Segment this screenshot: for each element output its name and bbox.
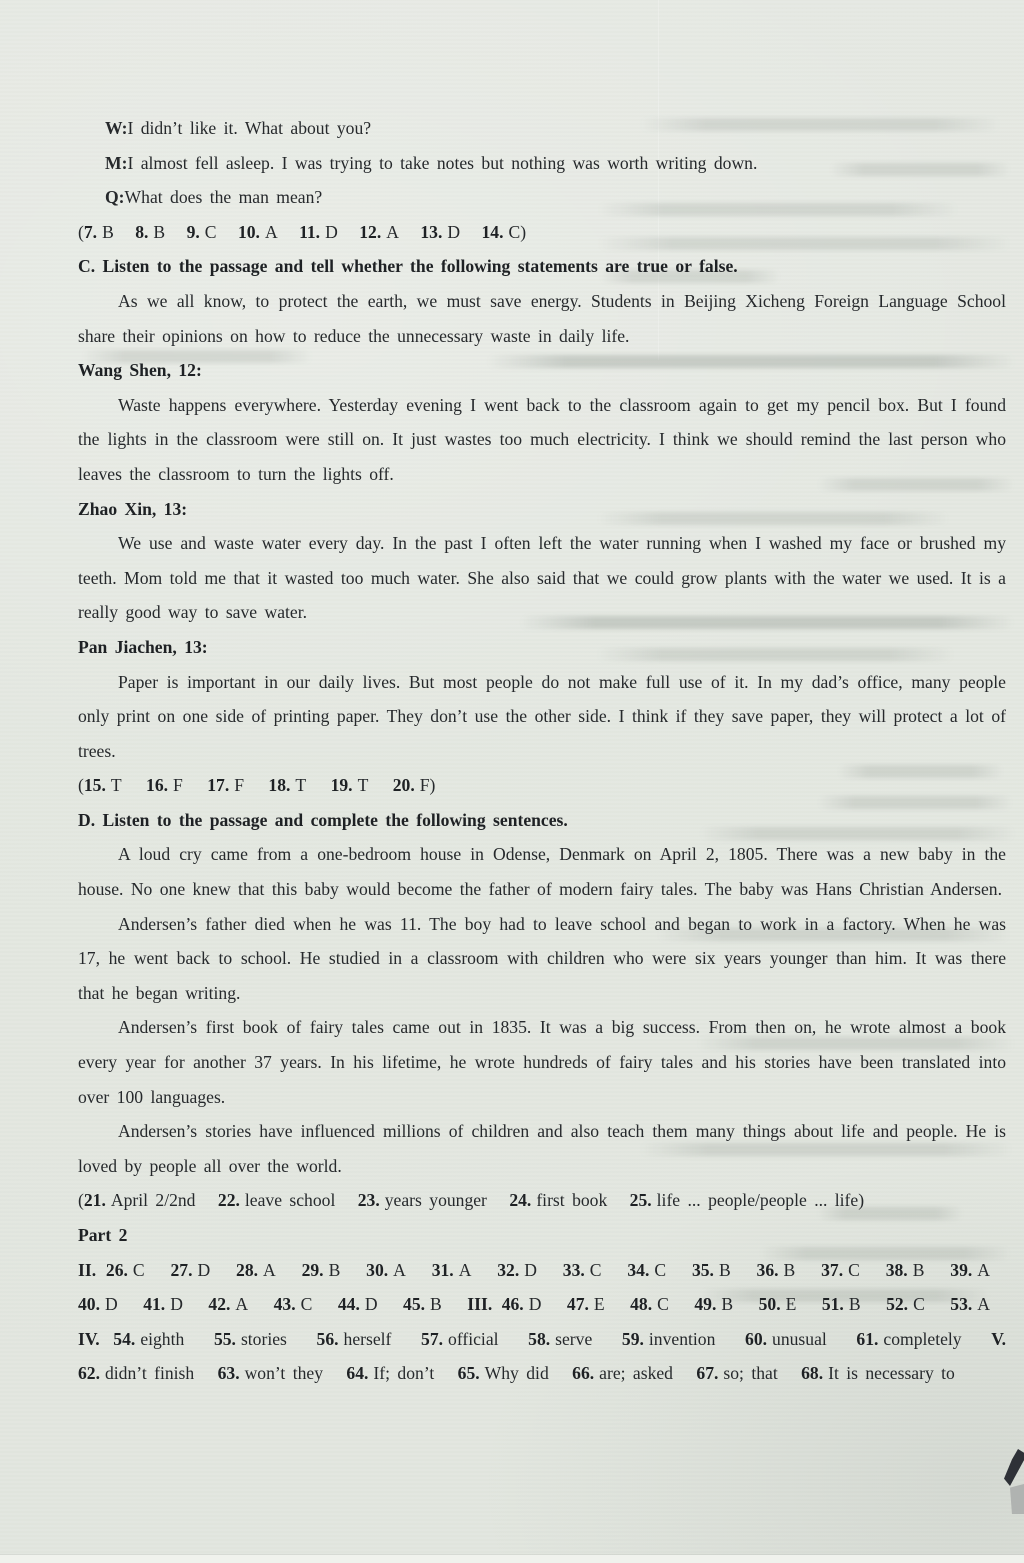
answer-number: 60. [745,1329,767,1349]
answer-number: 25. [630,1190,652,1210]
answer-value: A [263,1260,276,1280]
speaker-paragraph: We use and waste water every day. In the… [78,526,1006,630]
part2-heading: Part 2 [78,1218,1006,1253]
answer-value: B [721,1294,733,1314]
answer-pair: 41.D [143,1294,199,1314]
answer-number: 53. [950,1294,972,1314]
answer-value: B [102,222,114,242]
answer-pair: II. 26.C [78,1260,161,1280]
answer-pair: 64.If; don’t [346,1363,450,1383]
answer-value: Why did [485,1363,549,1383]
answer-number: 59. [622,1329,644,1349]
answer-number: 21. [84,1190,106,1210]
answer-value: A [459,1260,472,1280]
answer-value: E [594,1294,605,1314]
answer-number: 8. [135,222,148,242]
answer-value: so; that [723,1363,777,1383]
dialogue-text: What does the man mean? [125,187,323,207]
answer-pair: 39.A [950,1260,1006,1280]
answer-value: herself [344,1329,392,1349]
speaker-label: M: [105,153,127,173]
answer-number: 61. [856,1329,878,1349]
speaker-heading: Wang Shen, 12: [78,353,1006,388]
answer-number: 17. [207,775,229,795]
answer-pair: 28.A [236,1260,292,1280]
speaker-heading: Pan Jiachen, 13: [78,630,1006,665]
answer-pair: 27.D [170,1260,226,1280]
answer-number: 52. [886,1294,908,1314]
answer-value: years younger [385,1190,487,1210]
answer-value: B [784,1260,796,1280]
passage-paragraph: Andersen’s father died when he was 11. T… [78,907,1006,1011]
close-paren: ) [858,1190,864,1210]
scanned-answer-page: W:I didn’t like it. What about you? M:I … [0,0,1024,1563]
answer-number: 49. [694,1294,716,1314]
answer-pair: 63.won’t they [218,1363,339,1383]
answer-pair: 65.Why did [458,1363,565,1383]
answer-number: 44. [338,1294,360,1314]
answer-number: 13. [420,222,442,242]
answer-run-21-25: (21.April 2/2nd 22.leave school 23.years… [78,1183,1006,1218]
answer-pair: 55.stories [214,1329,303,1349]
answer-number: 18. [268,775,290,795]
answer-value: F [420,775,430,795]
answer-value: first book [536,1190,607,1210]
answer-pair: 42.A [208,1294,264,1314]
answer-number: 56. [317,1329,339,1349]
answer-number: 29. [302,1260,324,1280]
speaker-label: W: [105,118,127,138]
answer-number: 57. [421,1329,443,1349]
answer-number: 12. [359,222,381,242]
answer-value: D [170,1294,183,1314]
answer-number: 42. [208,1294,230,1314]
answer-pair: 23.years younger [358,1190,502,1210]
answer-value: D [447,222,460,242]
answer-value: B [849,1294,861,1314]
answer-number: 39. [950,1260,972,1280]
speaker-paragraph: Waste happens everywhere. Yesterday even… [78,388,1006,492]
passage-paragraph: A loud cry came from a one-bedroom house… [78,837,1006,906]
answer-pair: 21.April 2/2nd [84,1190,211,1210]
answer-pair: 12.A [359,222,413,242]
answer-number: 30. [366,1260,388,1280]
answer-pair: 7.B [84,222,128,242]
text-column: W:I didn’t like it. What about you? M:I … [78,111,1006,1391]
answer-number: II. 26. [78,1260,128,1280]
answer-run-15-20: (15.T 16.F 17.F 18.T 19.T 20.F) [78,768,1006,803]
dialogue-text: I didn’t like it. What about you? [127,118,371,138]
answer-value: If; don’t [373,1363,434,1383]
answer-value: B [913,1260,925,1280]
answer-number: 24. [509,1190,531,1210]
answer-number: 45. [403,1294,425,1314]
section-c-intro: As we all know, to protect the earth, we… [78,284,1006,353]
answer-value: C [133,1260,145,1280]
dialogue-block: W:I didn’t like it. What about you? M:I … [78,111,1006,215]
close-paren: ) [520,222,526,242]
answer-value: T [111,775,122,795]
speaker-label: Q: [105,187,125,207]
answer-value: C [205,222,217,242]
answer-pair: 19.T [331,775,386,795]
answer-number: 37. [821,1260,843,1280]
answer-value: B [329,1260,341,1280]
answer-number: 9. [187,222,200,242]
answer-value: April 2/2nd [111,1190,196,1210]
answer-number: 15. [84,775,106,795]
answer-pairs: 15.T 16.F 17.F 18.T 19.T 20.F [84,775,430,795]
answer-number: 50. [759,1294,781,1314]
speaker-paragraph: Paper is important in our daily lives. B… [78,665,1006,769]
answer-pair: 53.A [950,1294,1006,1314]
answer-value: C [654,1260,666,1280]
answer-pair: 18.T [268,775,323,795]
answer-number: 66. [572,1363,594,1383]
answer-pair: 50.E [759,1294,813,1314]
answer-value: completely [883,1329,961,1349]
answer-value: unusual [772,1329,827,1349]
answer-number: 35. [692,1260,714,1280]
answer-number: 28. [236,1260,258,1280]
answer-pair: 17.F [207,775,261,795]
answer-number: III. 46. [467,1294,523,1314]
answer-number: 36. [757,1260,779,1280]
answer-pair: 15.T [84,775,139,795]
answer-value: won’t they [245,1363,323,1383]
answer-number: 41. [143,1294,165,1314]
answer-value: A [265,222,278,242]
answer-pair: 33.C [563,1260,618,1280]
answer-pair: 16.F [146,775,200,795]
answer-value: D [524,1260,537,1280]
page-bottom-edge [0,1555,1024,1563]
answer-value: invention [649,1329,715,1349]
answer-pair: 60.unusual [745,1329,843,1349]
answer-pair: 22.leave school [218,1190,350,1210]
answer-pair: 8.B [135,222,179,242]
answer-pair: 13.D [420,222,474,242]
answer-pair: 37.C [821,1260,876,1280]
answer-value: C [508,222,520,242]
answer-value: C [848,1260,860,1280]
answer-pair: 44.D [338,1294,394,1314]
answer-value: D [529,1294,542,1314]
answer-value: official [448,1329,498,1349]
answer-pair: 11.D [299,222,352,242]
answer-number: 40. [78,1294,100,1314]
answer-pairs: II. 26.C 27.D 28.A 29.B 30.A 31.A 32.D 3… [78,1260,1006,1384]
answer-number: 33. [563,1260,585,1280]
answer-value: A [977,1260,990,1280]
answer-value: leave school [245,1190,335,1210]
answer-number: 32. [497,1260,519,1280]
answer-value: B [430,1294,442,1314]
answer-pair: 24.first book [509,1190,622,1210]
close-paren: ) [430,775,436,795]
section-d-passage: A loud cry came from a one-bedroom house… [78,837,1006,1183]
answer-pairs: 7.B 8.B 9.C 10.A 11.D 12.A 13.D 14.C [84,222,520,242]
answer-number: 63. [218,1363,240,1383]
answer-value: life ... people/people ... life [657,1190,859,1210]
dialogue-text: I almost fell asleep. I was trying to ta… [127,153,757,173]
answer-number: 64. [346,1363,368,1383]
answer-pair: 14.C [481,222,520,242]
answer-number: 67. [696,1363,718,1383]
page-corner-artifact-gray [1010,1484,1024,1514]
answer-pair: 31.A [432,1260,488,1280]
answer-value: stories [241,1329,287,1349]
answer-pair: III. 46.D [467,1294,557,1314]
answer-number: 47. [567,1294,589,1314]
answer-pair: 36.B [757,1260,812,1280]
speaker-heading: Zhao Xin, 13: [78,492,1006,527]
answer-pair: IV. 54.eighth [78,1329,200,1349]
answer-number: 48. [630,1294,652,1314]
answer-pair: 61.completely [856,1329,977,1349]
answer-value: A [393,1260,406,1280]
answer-pair: 67.so; that [696,1363,793,1383]
answer-number: 20. [393,775,415,795]
answer-number: 11. [299,222,320,242]
answer-pair: 47.E [567,1294,621,1314]
answer-value: didn’t finish [105,1363,194,1383]
answer-value: C [913,1294,925,1314]
answer-pair: 9.C [187,222,231,242]
answer-value: A [977,1294,990,1314]
answer-pair: 51.B [822,1294,877,1314]
answer-number: 31. [432,1260,454,1280]
answer-pair: 66.are; asked [572,1363,689,1383]
answer-value: D [197,1260,210,1280]
answer-run-26-68: II. 26.C 27.D 28.A 29.B 30.A 31.A 32.D 3… [78,1253,1006,1391]
answer-number: 19. [331,775,353,795]
answer-pair: 20.F [393,775,430,795]
answer-number: 16. [146,775,168,795]
answer-pair: 56.herself [317,1329,408,1349]
answer-value: F [234,775,244,795]
answer-number: 68. [801,1363,823,1383]
answer-pair: 25.life ... people/people ... life [630,1190,859,1210]
answer-value: E [786,1294,797,1314]
answer-pair: 52.C [886,1294,941,1314]
section-c-heading: C. Listen to the passage and tell whethe… [78,249,1006,284]
answer-pair: 29.B [302,1260,357,1280]
answer-pair: 68.It is necessary to [801,1363,955,1383]
answer-pair: 59.invention [622,1329,731,1349]
answer-number: 10. [238,222,260,242]
passage-paragraph: Andersen’s first book of fairy tales cam… [78,1010,1006,1114]
answer-pair: 43.C [274,1294,329,1314]
answer-value: D [325,222,338,242]
answer-value: B [153,222,165,242]
dialogue-line: M:I almost fell asleep. I was trying to … [78,146,1006,181]
answer-pair: 34.C [627,1260,682,1280]
answer-number: 7. [84,222,97,242]
answer-pair: 49.B [694,1294,749,1314]
answer-value: serve [555,1329,592,1349]
dialogue-line: W:I didn’t like it. What about you? [78,111,1006,146]
answer-pair: 40.D [78,1294,134,1314]
answer-value: eighth [140,1329,184,1349]
dialogue-line: Q:What does the man mean? [78,180,1006,215]
answer-pairs: 21.April 2/2nd 22.leave school 23.years … [84,1190,858,1210]
answer-number: 38. [886,1260,908,1280]
answer-number: 27. [170,1260,192,1280]
answer-pair: 35.B [692,1260,747,1280]
answer-number: 65. [458,1363,480,1383]
answer-value: F [173,775,183,795]
answer-value: C [590,1260,602,1280]
answer-value: A [235,1294,248,1314]
answer-pair: 57.official [421,1329,514,1349]
answer-value: are; asked [599,1363,673,1383]
answer-value: A [386,222,399,242]
answer-number: 55. [214,1329,236,1349]
answer-value: D [105,1294,118,1314]
answer-number: 22. [218,1190,240,1210]
answer-pair: 48.C [630,1294,685,1314]
speaker-opinions: Wang Shen, 12:Waste happens everywhere. … [78,353,1006,768]
answer-value: T [358,775,369,795]
answer-number: 14. [481,222,503,242]
answer-number: 43. [274,1294,296,1314]
answer-number: 51. [822,1294,844,1314]
answer-pair: 45.B [403,1294,458,1314]
answer-number: IV. 54. [78,1329,135,1349]
answer-pair: 58.serve [528,1329,608,1349]
answer-run-7-14: (7.B 8.B 9.C 10.A 11.D 12.A 13.D 14.C) [78,215,1006,250]
answer-value: D [365,1294,378,1314]
answer-number: 34. [627,1260,649,1280]
passage-paragraph: Andersen’s stories have influenced milli… [78,1114,1006,1183]
answer-value: It is necessary to [828,1363,955,1383]
answer-pair: 38.B [886,1260,941,1280]
answer-value: T [295,775,306,795]
answer-number: 58. [528,1329,550,1349]
answer-pair: 32.D [497,1260,553,1280]
answer-pair: 30.A [366,1260,422,1280]
answer-value: B [719,1260,731,1280]
answer-value: C [301,1294,313,1314]
answer-pair: 10.A [238,222,292,242]
section-d-heading: D. Listen to the passage and complete th… [78,803,1006,838]
answer-number: 23. [358,1190,380,1210]
page-corner-artifact-dark [1004,1449,1024,1486]
answer-value: C [657,1294,669,1314]
